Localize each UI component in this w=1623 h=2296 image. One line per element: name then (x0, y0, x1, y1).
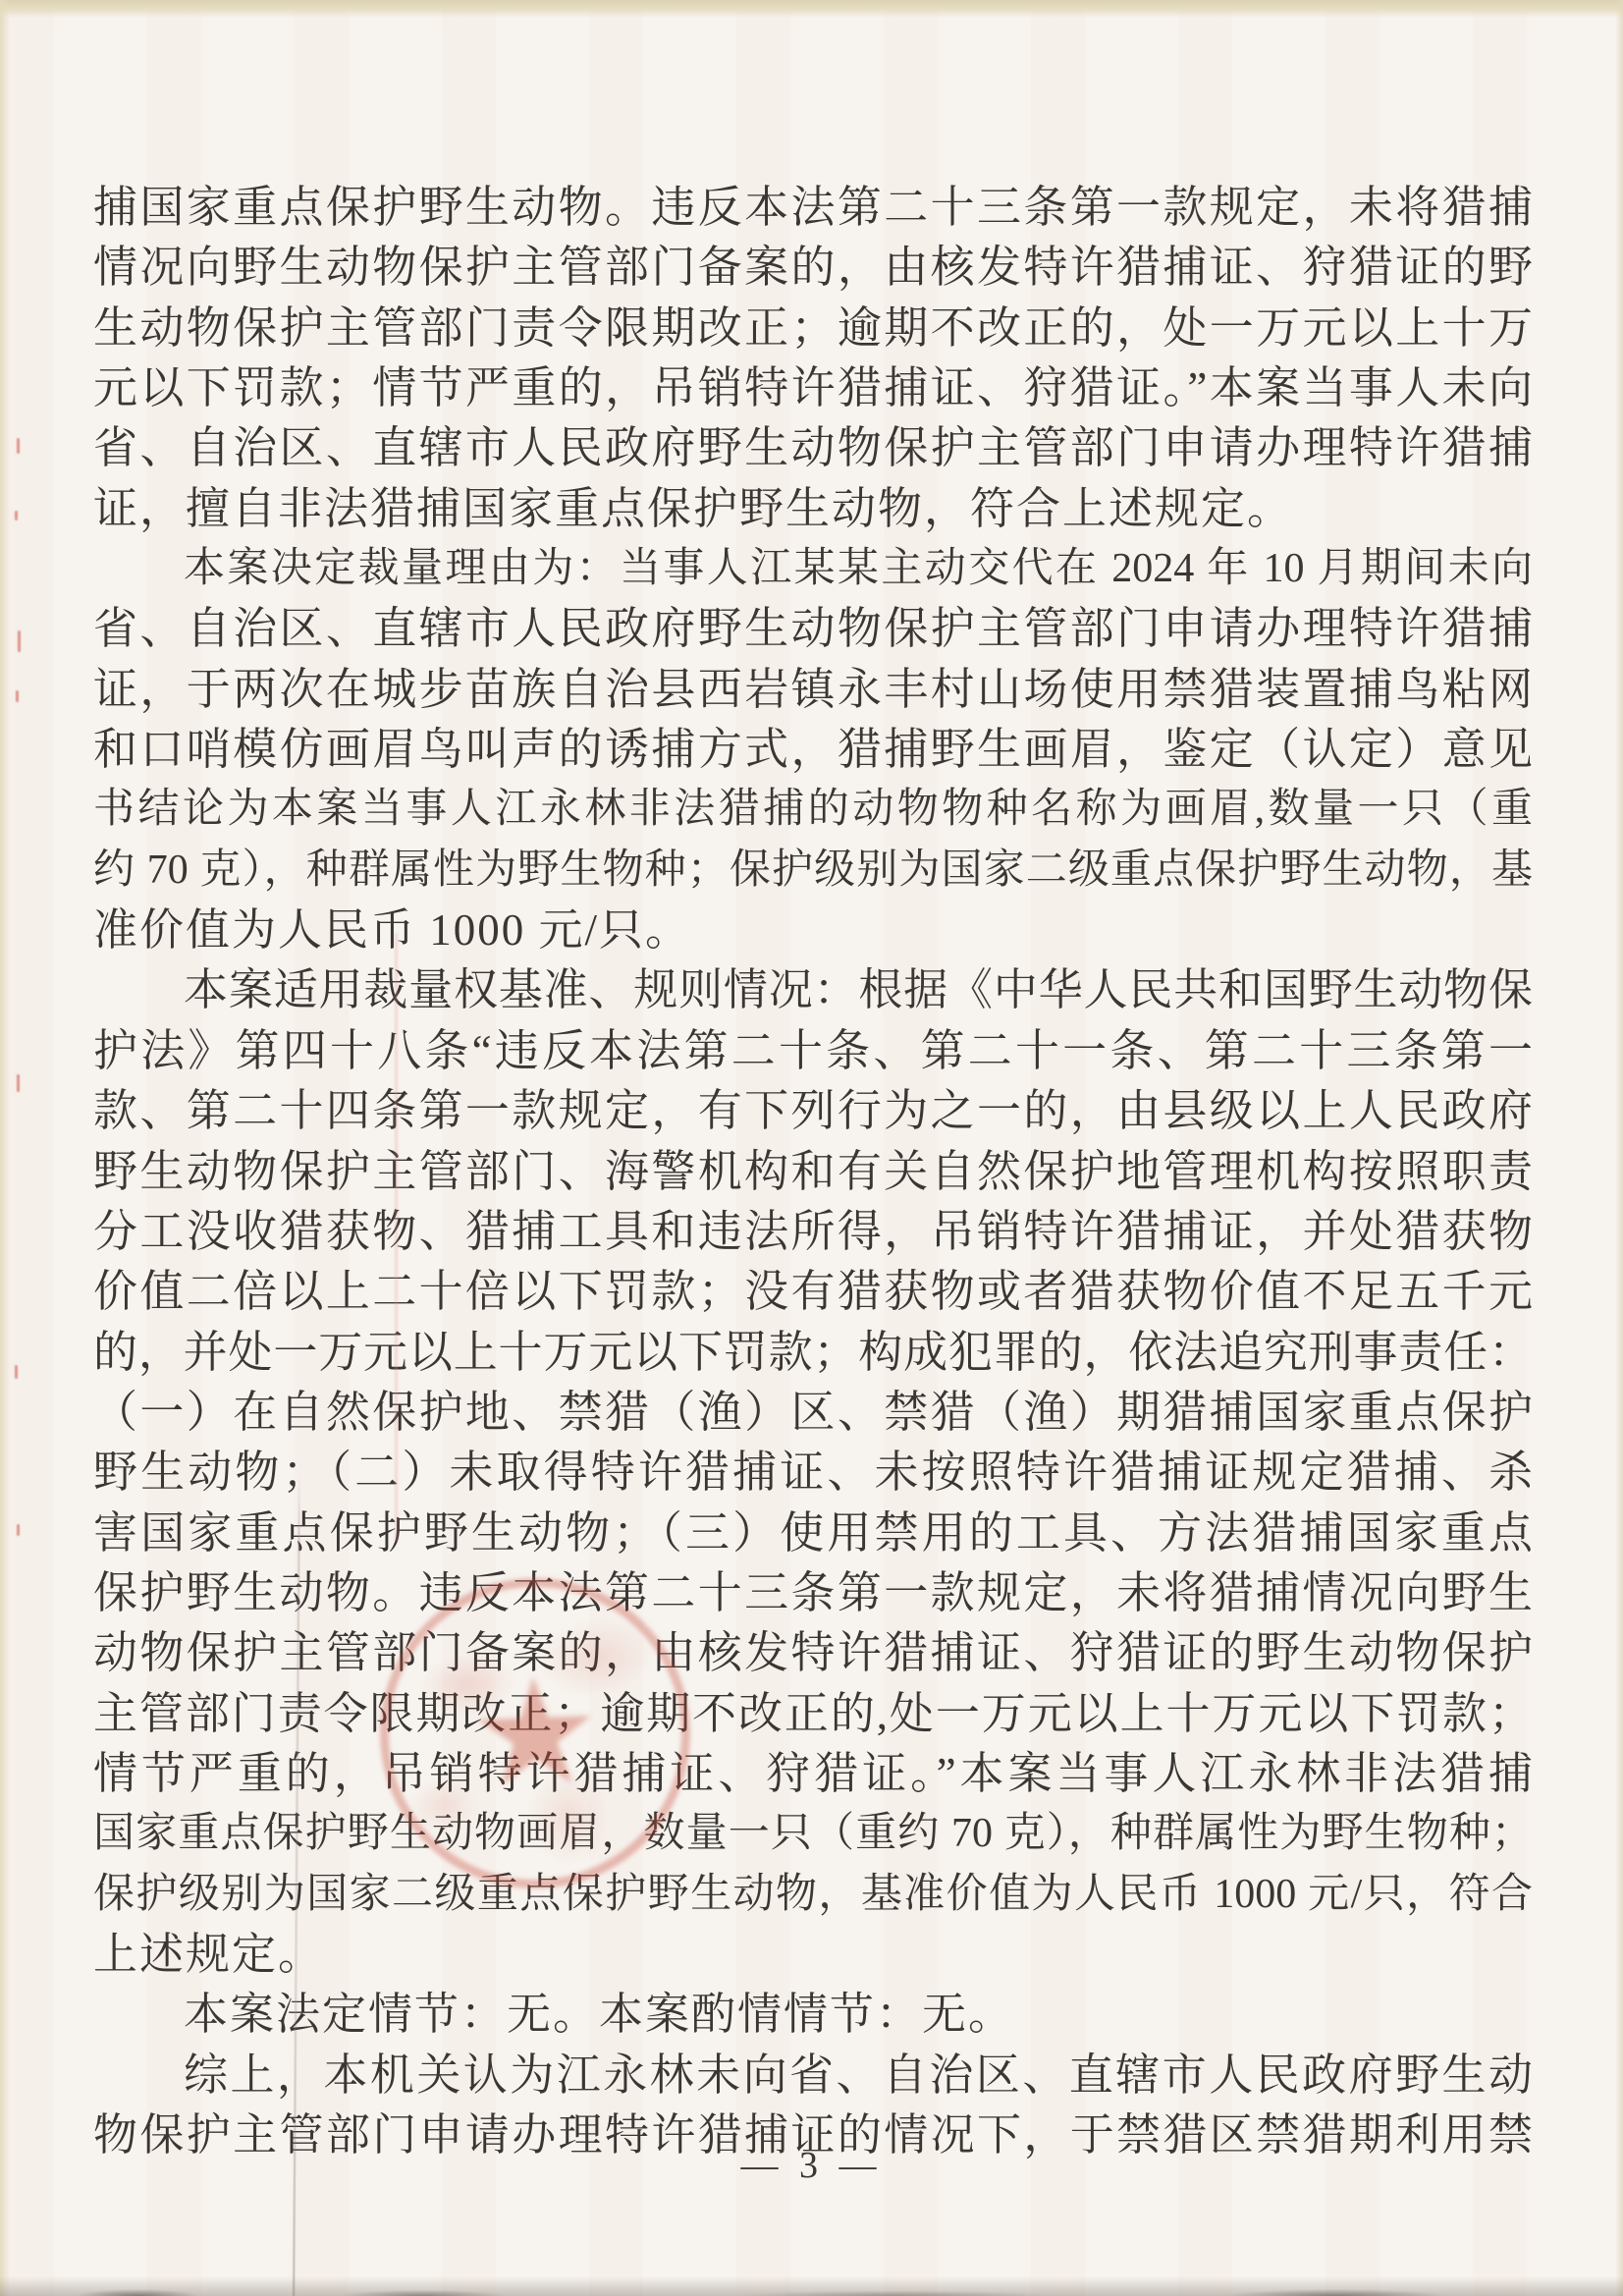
text-line: 本案法定情节：无。本案酌情情节：无。 (93, 1985, 1533, 2045)
text-line: 价值二倍以上二十倍以下罚款；没有猎获物或者猎获物价值不足五千元 (93, 1262, 1533, 1322)
text-line: 生动物保护主管部门责令限期改正；逾期不改正的，处一万元以上十万 (93, 299, 1533, 358)
text-line: 情况向野生动物保护主管部门备案的，由核发特许猎捕证、狩猎证的野 (93, 238, 1533, 298)
text-line: 野生动物保护主管部门、海警机构和有关自然保护地管理机构按照职责 (93, 1142, 1533, 1202)
scan-artifact (18, 630, 21, 652)
text-line: 省、自治区、直辖市人民政府野生动物保护主管部门申请办理特许猎捕 (93, 418, 1533, 478)
text-line: 保护级别为国家二级重点保护野生动物，基准价值为人民币 1000 元/只，符合 (93, 1865, 1533, 1925)
text-line: 护法》第四十八条“违反本法第二十条、第二十一条、第二十三条第一 (93, 1021, 1533, 1081)
text-line: 本案适用裁量权基准、规则情况：根据《中华人民共和国野生动物保 (93, 960, 1533, 1020)
text-line: 证，擅自非法猎捕国家重点保护野生动物，符合上述规定。 (93, 479, 1533, 539)
scan-artifact (15, 1365, 18, 1379)
text-line: 害国家重点保护野生动物；（三）使用禁用的工具、方法猎捕国家重点 (93, 1503, 1533, 1563)
text-line: 约 70 克），种群属性为野生物种；保护级别为国家二级重点保护野生动物，基 (93, 841, 1533, 901)
text-line: 准价值为人民币 1000 元/只。 (93, 901, 1533, 960)
scanner-edge-right (1615, 0, 1623, 2296)
document-page: 捕国家重点保护野生动物。违反本法第二十三条第一款规定，未将猎捕 情况向野生动物保… (0, 0, 1623, 2296)
text-line: 分工没收猎获物、猎捕工具和违法所得，吊销特许猎捕证，并处猎获物 (93, 1202, 1533, 1262)
text-line: 书结论为本案当事人江永林非法猎捕的动物物种名称为画眉,数量一只（重 (93, 780, 1533, 840)
text-line: （一）在自然保护地、禁猎（渔）区、禁猎（渔）期猎捕国家重点保护 (93, 1383, 1533, 1443)
text-line: 和口哨模仿画眉鸟叫声的诱捕方式，猎捕野生画眉，鉴定（认定）意见 (93, 720, 1533, 780)
scan-artifact (17, 438, 20, 454)
scan-artifact (16, 690, 19, 702)
scanner-edge-top (0, 0, 1623, 18)
text-line: 上述规定。 (93, 1925, 1533, 1985)
text-line: 省、自治区、直辖市人民政府野生动物保护主管部门申请办理特许猎捕 (93, 599, 1533, 659)
scanner-edge-left (0, 0, 10, 2296)
page-number: — 3 — (0, 2144, 1623, 2187)
scan-artifact (15, 511, 18, 520)
text-line: 证，于两次在城步苗族自治县西岩镇永丰村山场使用禁猎装置捕鸟粘网 (93, 660, 1533, 720)
scanner-edge-bottom (0, 2272, 1623, 2296)
text-line: 国家重点保护野生动物画眉，数量一只（重约 70 克），种群属性为野生物种； (93, 1804, 1533, 1864)
scan-artifact (17, 1074, 20, 1092)
scan-artifact (17, 1524, 20, 1536)
text-line: 综上，本机关认为江永林未向省、自治区、直辖市人民政府野生动 (93, 2046, 1533, 2105)
text-line: 捕国家重点保护野生动物。违反本法第二十三条第一款规定，未将猎捕 (93, 178, 1533, 238)
scan-streak (395, 933, 398, 1542)
text-line: 主管部门责令限期改正；逾期不改正的,处一万元以上十万元以下罚款； (93, 1684, 1533, 1744)
text-line: 保护野生动物。违反本法第二十三条第一款规定，未将猎捕情况向野生 (93, 1563, 1533, 1623)
text-line: 款、第二十四条第一款规定，有下列行为之一的，由县级以上人民政府 (93, 1081, 1533, 1141)
text-line: 元以下罚款；情节严重的，吊销特许猎捕证、狩猎证。”本案当事人未向 (93, 358, 1533, 418)
text-line: 动物保护主管部门备案的，由核发特许猎捕证、狩猎证的野生动物保护 (93, 1623, 1533, 1683)
text-line: 情节严重的，吊销特许猎捕证、狩猎证。”本案当事人江永林非法猎捕 (93, 1744, 1533, 1804)
text-line: 的，并处一万元以上十万元以下罚款；构成犯罪的，依法追究刑事责任： (93, 1323, 1533, 1383)
text-line: 本案决定裁量理由为：当事人江某某主动交代在 2024 年 10 月期间未向 (93, 539, 1533, 599)
text-line: 野生动物；（二）未取得特许猎捕证、未按照特许猎捕证规定猎捕、杀 (93, 1443, 1533, 1503)
document-body-text: 捕国家重点保护野生动物。违反本法第二十三条第一款规定，未将猎捕 情况向野生动物保… (93, 178, 1533, 2165)
